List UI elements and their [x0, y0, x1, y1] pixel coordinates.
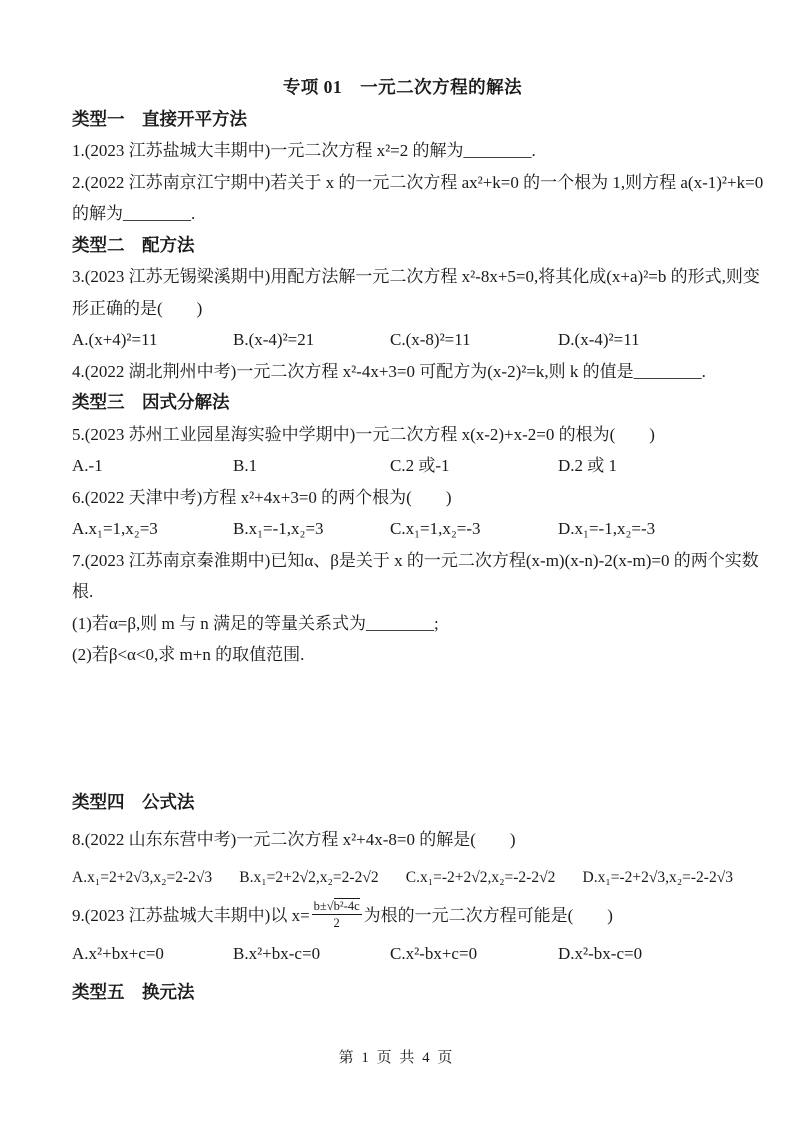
question-8-option-c: C.x₁=-2+2√2,x₂=-2-2√2 — [406, 859, 556, 897]
question-5-option-d: D.2 或 1 — [558, 450, 733, 482]
question-5-options-row: A.-1 B.1 C.2 或-1 D.2 或 1 — [72, 450, 733, 482]
question-7-part-1: (1)若α=β,则 m 与 n 满足的等量关系式为________; — [72, 608, 733, 640]
fraction-numerator: b±√b²-4c — [312, 899, 362, 915]
doc-title: 专项 01 一元二次方程的解法 — [72, 72, 733, 104]
question-7-line-2: 根. — [72, 576, 733, 608]
question-2-line-2: 的解为________. — [72, 198, 733, 230]
question-6-options-row: A.x₁=1,x₂=3 B.x₁=-1,x₂=3 C.x₁=1,x₂=-3 D.… — [72, 513, 733, 545]
question-5-option-b: B.1 — [233, 450, 390, 482]
document-page: 专项 01 一元二次方程的解法 类型一 直接开平方法 1.(2023 江苏盐城大… — [0, 0, 793, 1122]
answer-space — [72, 671, 733, 783]
question-5: 5.(2023 苏州工业园星海实验中学期中)一元二次方程 x(x-2)+x-2=… — [72, 419, 733, 451]
question-9: 9.(2023 江苏盐城大丰期中)以 x=b±√b²-4c2为根的一元二次方程可… — [72, 897, 733, 935]
question-6: 6.(2022 天津中考)方程 x²+4x+3=0 的两个根为( ) — [72, 482, 733, 514]
section-1-heading: 类型一 直接开平方法 — [72, 104, 733, 136]
page-number: 第 1 页 共 4 页 — [0, 1046, 793, 1067]
question-3-option-b: B.(x-4)²=21 — [233, 324, 390, 356]
question-3-option-d: D.(x-4)²=11 — [558, 324, 733, 356]
radicand: b²-4c — [334, 898, 360, 913]
question-7-line-1: 7.(2023 江苏南京秦淮期中)已知α、β是关于 x 的一元二次方程(x-m)… — [72, 545, 733, 577]
question-3-option-c: C.(x-8)²=11 — [390, 324, 558, 356]
question-1: 1.(2023 江苏盐城大丰期中)一元二次方程 x²=2 的解为________… — [72, 135, 733, 167]
section-5-heading: 类型五 换元法 — [72, 973, 733, 1011]
question-9-option-c: C.x²-bx+c=0 — [390, 935, 558, 973]
numerator-prefix: b± — [314, 899, 327, 913]
question-3-option-a: A.(x+4)²=11 — [72, 324, 233, 356]
question-2-line-1: 2.(2022 江苏南京江宁期中)若关于 x 的一元二次方程 ax²+k=0 的… — [72, 167, 733, 199]
question-3-line-2: 形正确的是( ) — [72, 293, 733, 325]
question-8-option-a: A.x₁=2+2√3,x₂=2-2√3 — [72, 859, 212, 897]
question-9-options-row: A.x²+bx+c=0 B.x²+bx-c=0 C.x²-bx+c=0 D.x²… — [72, 935, 733, 973]
question-5-option-c: C.2 或-1 — [390, 450, 558, 482]
question-6-option-b: B.x₁=-1,x₂=3 — [233, 513, 390, 545]
question-8-option-d: D.x₁=-2+2√3,x₂=-2-2√3 — [583, 859, 733, 897]
question-9-option-b: B.x²+bx-c=0 — [233, 935, 390, 973]
section-2-heading: 类型二 配方法 — [72, 230, 733, 262]
question-3-line-1: 3.(2023 江苏无锡梁溪期中)用配方法解一元二次方程 x²-8x+5=0,将… — [72, 261, 733, 293]
question-4: 4.(2022 湖北荆州中考)一元二次方程 x²-4x+3=0 可配方为(x-2… — [72, 356, 733, 388]
question-3-options-row: A.(x+4)²=11 B.(x-4)²=21 C.(x-8)²=11 D.(x… — [72, 324, 733, 356]
fraction-denominator: 2 — [312, 915, 362, 930]
radical-icon: √ — [327, 899, 334, 913]
question-5-option-a: A.-1 — [72, 450, 233, 482]
question-8: 8.(2022 山东东营中考)一元二次方程 x²+4x-8=0 的解是( ) — [72, 821, 733, 859]
question-7-part-2: (2)若β<α<0,求 m+n 的取值范围. — [72, 639, 733, 671]
question-9-option-d: D.x²-bx-c=0 — [558, 935, 733, 973]
question-9-option-a: A.x²+bx+c=0 — [72, 935, 233, 973]
quadratic-formula-fraction: b±√b²-4c2 — [312, 899, 362, 931]
section-3-heading: 类型三 因式分解法 — [72, 387, 733, 419]
question-6-option-a: A.x₁=1,x₂=3 — [72, 513, 233, 545]
question-6-option-c: C.x₁=1,x₂=-3 — [390, 513, 558, 545]
question-8-options-row: A.x₁=2+2√3,x₂=2-2√3 B.x₁=2+2√2,x₂=2-2√2 … — [72, 859, 733, 897]
question-9-suffix: 为根的一元二次方程可能是( ) — [364, 906, 613, 925]
question-8-option-b: B.x₁=2+2√2,x₂=2-2√2 — [239, 859, 378, 897]
section-4-heading: 类型四 公式法 — [72, 783, 733, 821]
question-6-option-d: D.x₁=-1,x₂=-3 — [558, 513, 733, 545]
question-9-prefix: 9.(2023 江苏盐城大丰期中)以 x= — [72, 906, 310, 925]
